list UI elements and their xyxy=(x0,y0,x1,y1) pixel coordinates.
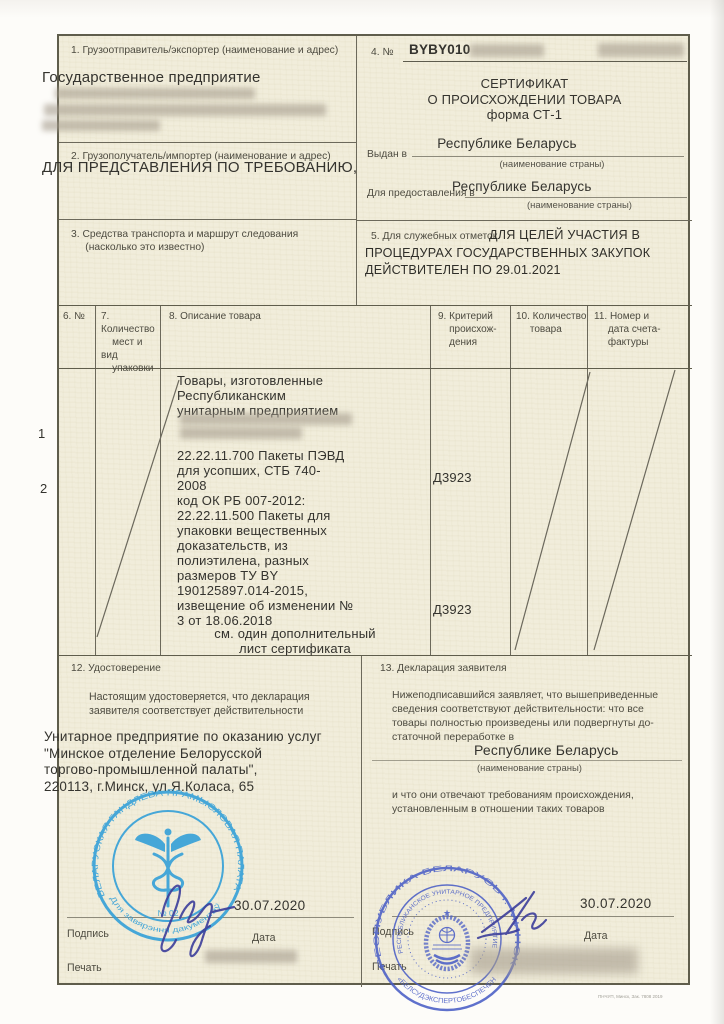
issued-line xyxy=(412,156,684,157)
redacted-exporter-line3 xyxy=(42,120,160,131)
box-certificate-header: 4. № BYBY010 СЕРТИФИКАТ О ПРОИСХОЖДЕНИИ … xyxy=(357,36,692,220)
box13-text2: и что они отвечают требованиям происхожд… xyxy=(392,788,677,816)
issued-caption: (наименование страны) xyxy=(417,159,687,170)
header-col7: 7. Количество мест и вид упаковки xyxy=(96,306,161,375)
header-col8: 8. Описание товара xyxy=(161,306,431,323)
table-header-row: 6. № 7. Количество мест и вид упаковки 8… xyxy=(59,305,692,369)
box13-country-line xyxy=(372,760,682,761)
coat-of-arms-icon: ★ xyxy=(426,908,468,969)
header-cell-11: 11. Номер и дата счета- фактуры xyxy=(587,306,693,368)
body-divider-4 xyxy=(510,369,511,655)
box-transport: 3. Средства транспорта и маршрут следова… xyxy=(59,220,357,305)
header-cell-8: 8. Описание товара xyxy=(160,306,431,368)
header-col11: 11. Номер и дата счета- фактуры xyxy=(588,306,693,349)
box13-country: Республике Беларусь xyxy=(474,742,619,758)
official-mark-line3: ДЕЙСТВИТЕЛЕН ПО 29.01.2021 xyxy=(365,262,688,280)
redacted-description-line1 xyxy=(180,413,352,425)
body-divider-2 xyxy=(160,369,161,655)
box1-label: 1. Грузоотправитель/экспортер (наименова… xyxy=(71,44,354,57)
header-cell-10: 10. Количество товара xyxy=(510,306,588,368)
redacted-signer-name-left xyxy=(205,950,297,963)
header-col10: 10. Количество товара xyxy=(511,306,588,336)
box-official-marks: 5. Для служебных отметок ДЛЯ ЦЕЛЕЙ УЧАСТ… xyxy=(357,220,692,305)
header-cell-9: 9. Критерий происхож- дения xyxy=(430,306,511,368)
presented-in-value: Республике Беларусь xyxy=(452,179,592,194)
presented-line xyxy=(465,197,687,198)
goods-description-note: см. один дополнительный лист сертификата xyxy=(160,626,430,656)
box12-label: 12. Удостоверение xyxy=(71,662,161,675)
header-col9: 9. Критерий происхож- дения xyxy=(431,306,511,349)
certificate-number: BYBY010 xyxy=(409,42,470,57)
redacted-header-mark xyxy=(598,43,684,57)
presented-caption: (наименование страны) xyxy=(472,200,687,211)
body-divider-3 xyxy=(430,369,431,655)
printer-imprint: ПНЧУП, Минск, Зак. 7808 2019 xyxy=(598,994,663,999)
box13-country-caption: (наименование страны) xyxy=(422,763,637,774)
scanned-certificate-page: 1. Грузоотправитель/экспортер (наименова… xyxy=(0,0,724,1024)
exporter-name-value: Государственное предприятие xyxy=(42,69,261,86)
body-divider-5 xyxy=(587,369,588,655)
box13-text: Нижеподписавшийся заявляет, что вышеприв… xyxy=(392,688,677,744)
certificate-title: СЕРТИФИКАТ О ПРОИСХОЖДЕНИИ ТОВАРА форма … xyxy=(357,76,692,123)
box13-label: 13. Декларация заявителя xyxy=(380,662,507,675)
redacted-exporter-line1 xyxy=(55,88,255,99)
right-signature xyxy=(476,882,576,954)
consignee-value: ДЛЯ ПРЕДСТАВЛЕНИЯ ПО ТРЕБОВАНИЮ, xyxy=(42,159,357,176)
box13-date-value: 30.07.2020 xyxy=(580,896,652,911)
row-number-1: 1 xyxy=(38,426,45,441)
issued-in-value: Республике Беларусь xyxy=(357,136,657,151)
goods-description: Товары, изготовленные Республиканским ун… xyxy=(177,373,427,628)
redacted-exporter-line2 xyxy=(44,104,326,116)
body-divider-1 xyxy=(95,369,96,655)
box3-label: 3. Средства транспорта и маршрут следова… xyxy=(71,228,354,254)
row-number-2: 2 xyxy=(40,481,47,496)
header-cell-7: 7. Количество мест и вид упаковки xyxy=(95,306,161,368)
redacted-signer-name-right xyxy=(470,948,638,974)
box12-seal-label: Печать xyxy=(67,962,102,975)
official-mark-line1: ДЛЯ ЦЕЛЕЙ УЧАСТИЯ В xyxy=(489,227,688,245)
official-mark-line2: ПРОЦЕДУРАХ ГОСУДАРСТВЕННЫХ ЗАКУПОК xyxy=(365,245,688,263)
box4-label: 4. № xyxy=(371,46,394,59)
redacted-certificate-number xyxy=(470,44,544,57)
box-consignee: 2. Грузополучатель/импортер (наименовани… xyxy=(59,143,357,220)
box13-date-label: Дата xyxy=(584,930,607,943)
box12-text: Настоящим удостоверяется, что декларация… xyxy=(89,690,310,718)
header-col6: 6. № xyxy=(63,310,95,323)
origin-criterion-1: Д3923 xyxy=(433,470,472,485)
redacted-description-line2 xyxy=(180,427,302,439)
origin-criterion-2: Д3923 xyxy=(433,602,472,617)
number-underline xyxy=(403,61,687,62)
